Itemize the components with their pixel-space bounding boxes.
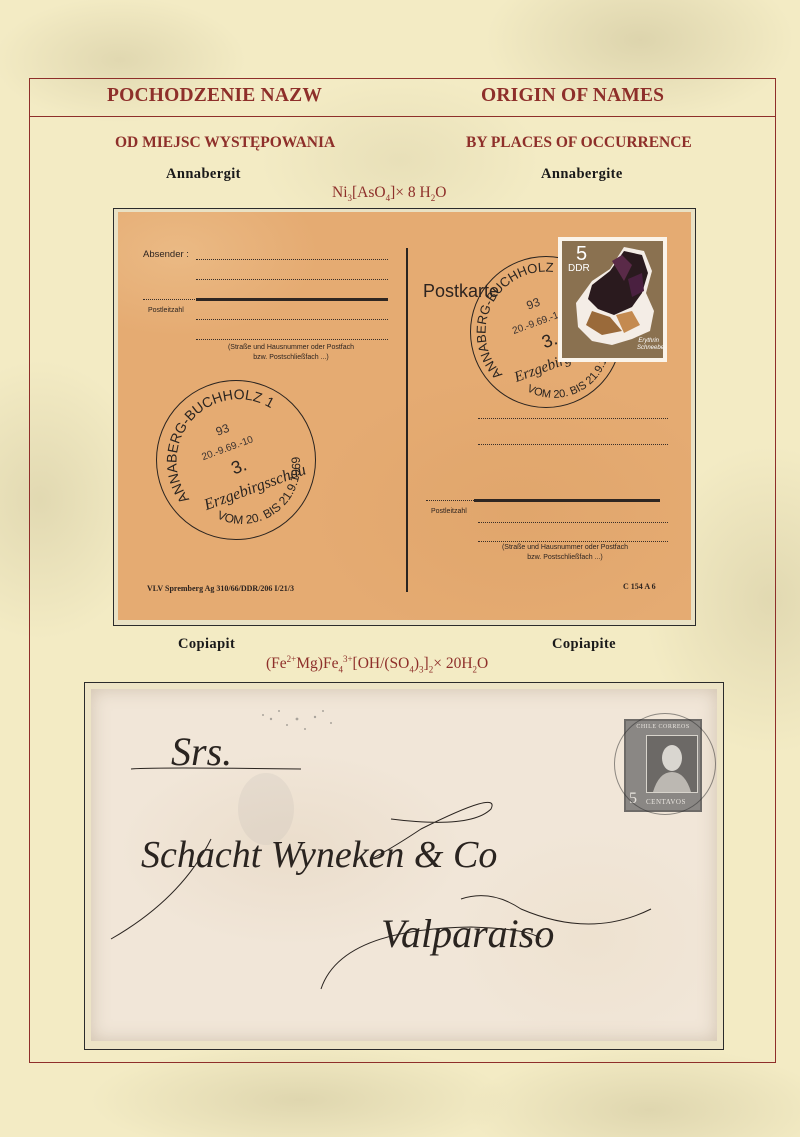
postcode-line-right xyxy=(426,500,474,501)
section-subtitle-english: BY PLACES OF OCCURRENCE xyxy=(466,134,692,152)
svg-text:3.: 3. xyxy=(228,454,249,478)
mineral-name-english: Copiapite xyxy=(552,636,616,653)
postcard-mount: Absender : Postleitzahl (Straße und Haus… xyxy=(113,208,696,626)
chemical-formula: Ni3[AsO4]× 8 H2O xyxy=(332,184,446,203)
svg-text:Schacht Wyneken & Co: Schacht Wyneken & Co xyxy=(141,834,497,876)
mineral-name-polish: Copiapit xyxy=(178,636,235,653)
postmark-left: ANNABERG-BUCHHOLZ 1 VOM 20. BIS 21.9.196… xyxy=(156,380,316,540)
envelope: Srs. Schacht Wyneken & Co Valparaiso CHI… xyxy=(91,689,717,1041)
svg-text:3.: 3. xyxy=(539,328,560,352)
postcard-divider xyxy=(406,248,408,592)
svg-text:93: 93 xyxy=(214,421,232,439)
postcode-label-left: Postleitzahl xyxy=(148,307,184,314)
address-caption-left: (Straße und Hausnummer oder Postfach bzw… xyxy=(216,343,366,363)
sender-line xyxy=(196,259,388,260)
stamp-caption: Erythrin Schneeberg xyxy=(637,338,659,352)
envelope-mount: Srs. Schacht Wyneken & Co Valparaiso CHI… xyxy=(84,682,724,1050)
recipient-line xyxy=(478,444,668,445)
page-title-polish: POCHODZENIE NAZW xyxy=(107,85,322,107)
postage-stamp-ddr: 5 DDR Erythrin Schneeberg xyxy=(558,237,667,362)
address-line-right xyxy=(478,541,668,542)
mineral-name-english: Annabergite xyxy=(541,166,623,183)
address-line-right xyxy=(478,522,668,523)
svg-text:Valparaiso: Valparaiso xyxy=(381,911,554,956)
recipient-line xyxy=(478,418,668,419)
chemical-formula: (Fe2+Mg)Fe43+[OH/(SO4)3]2× 20H2O xyxy=(266,654,488,674)
address-line xyxy=(196,339,388,340)
sender-label: Absender : xyxy=(143,249,189,260)
form-code: C 154 A 6 xyxy=(623,582,656,591)
svg-text:20.-9.69.-10: 20.-9.69.-10 xyxy=(200,434,255,463)
postcode-line xyxy=(143,299,195,300)
postage-stamp-chile: CHILE CORREOS 5 CENTAVOS xyxy=(624,719,702,812)
postcode-label-right: Postleitzahl xyxy=(431,508,467,515)
header-divider xyxy=(29,116,776,117)
page-title-english: ORIGIN OF NAMES xyxy=(481,85,664,107)
svg-text:93: 93 xyxy=(525,295,543,313)
postcard: Absender : Postleitzahl (Straße und Haus… xyxy=(118,212,691,620)
postmark-circle xyxy=(614,713,716,815)
svg-text:Srs.: Srs. xyxy=(171,729,232,774)
address-line xyxy=(196,319,388,320)
section-subtitle-polish: OD MIEJSC WYSTĘPOWANIA xyxy=(115,134,335,152)
mineral-name-polish: Annabergit xyxy=(166,166,241,183)
city-line xyxy=(196,298,388,301)
printer-imprint: VLV Spremberg Ag 310/66/DDR/206 I/21/3 xyxy=(147,584,294,593)
sender-line xyxy=(196,279,388,280)
city-line-right xyxy=(474,499,660,502)
address-caption-right: (Straße und Hausnummer oder Postfach bzw… xyxy=(490,543,640,563)
